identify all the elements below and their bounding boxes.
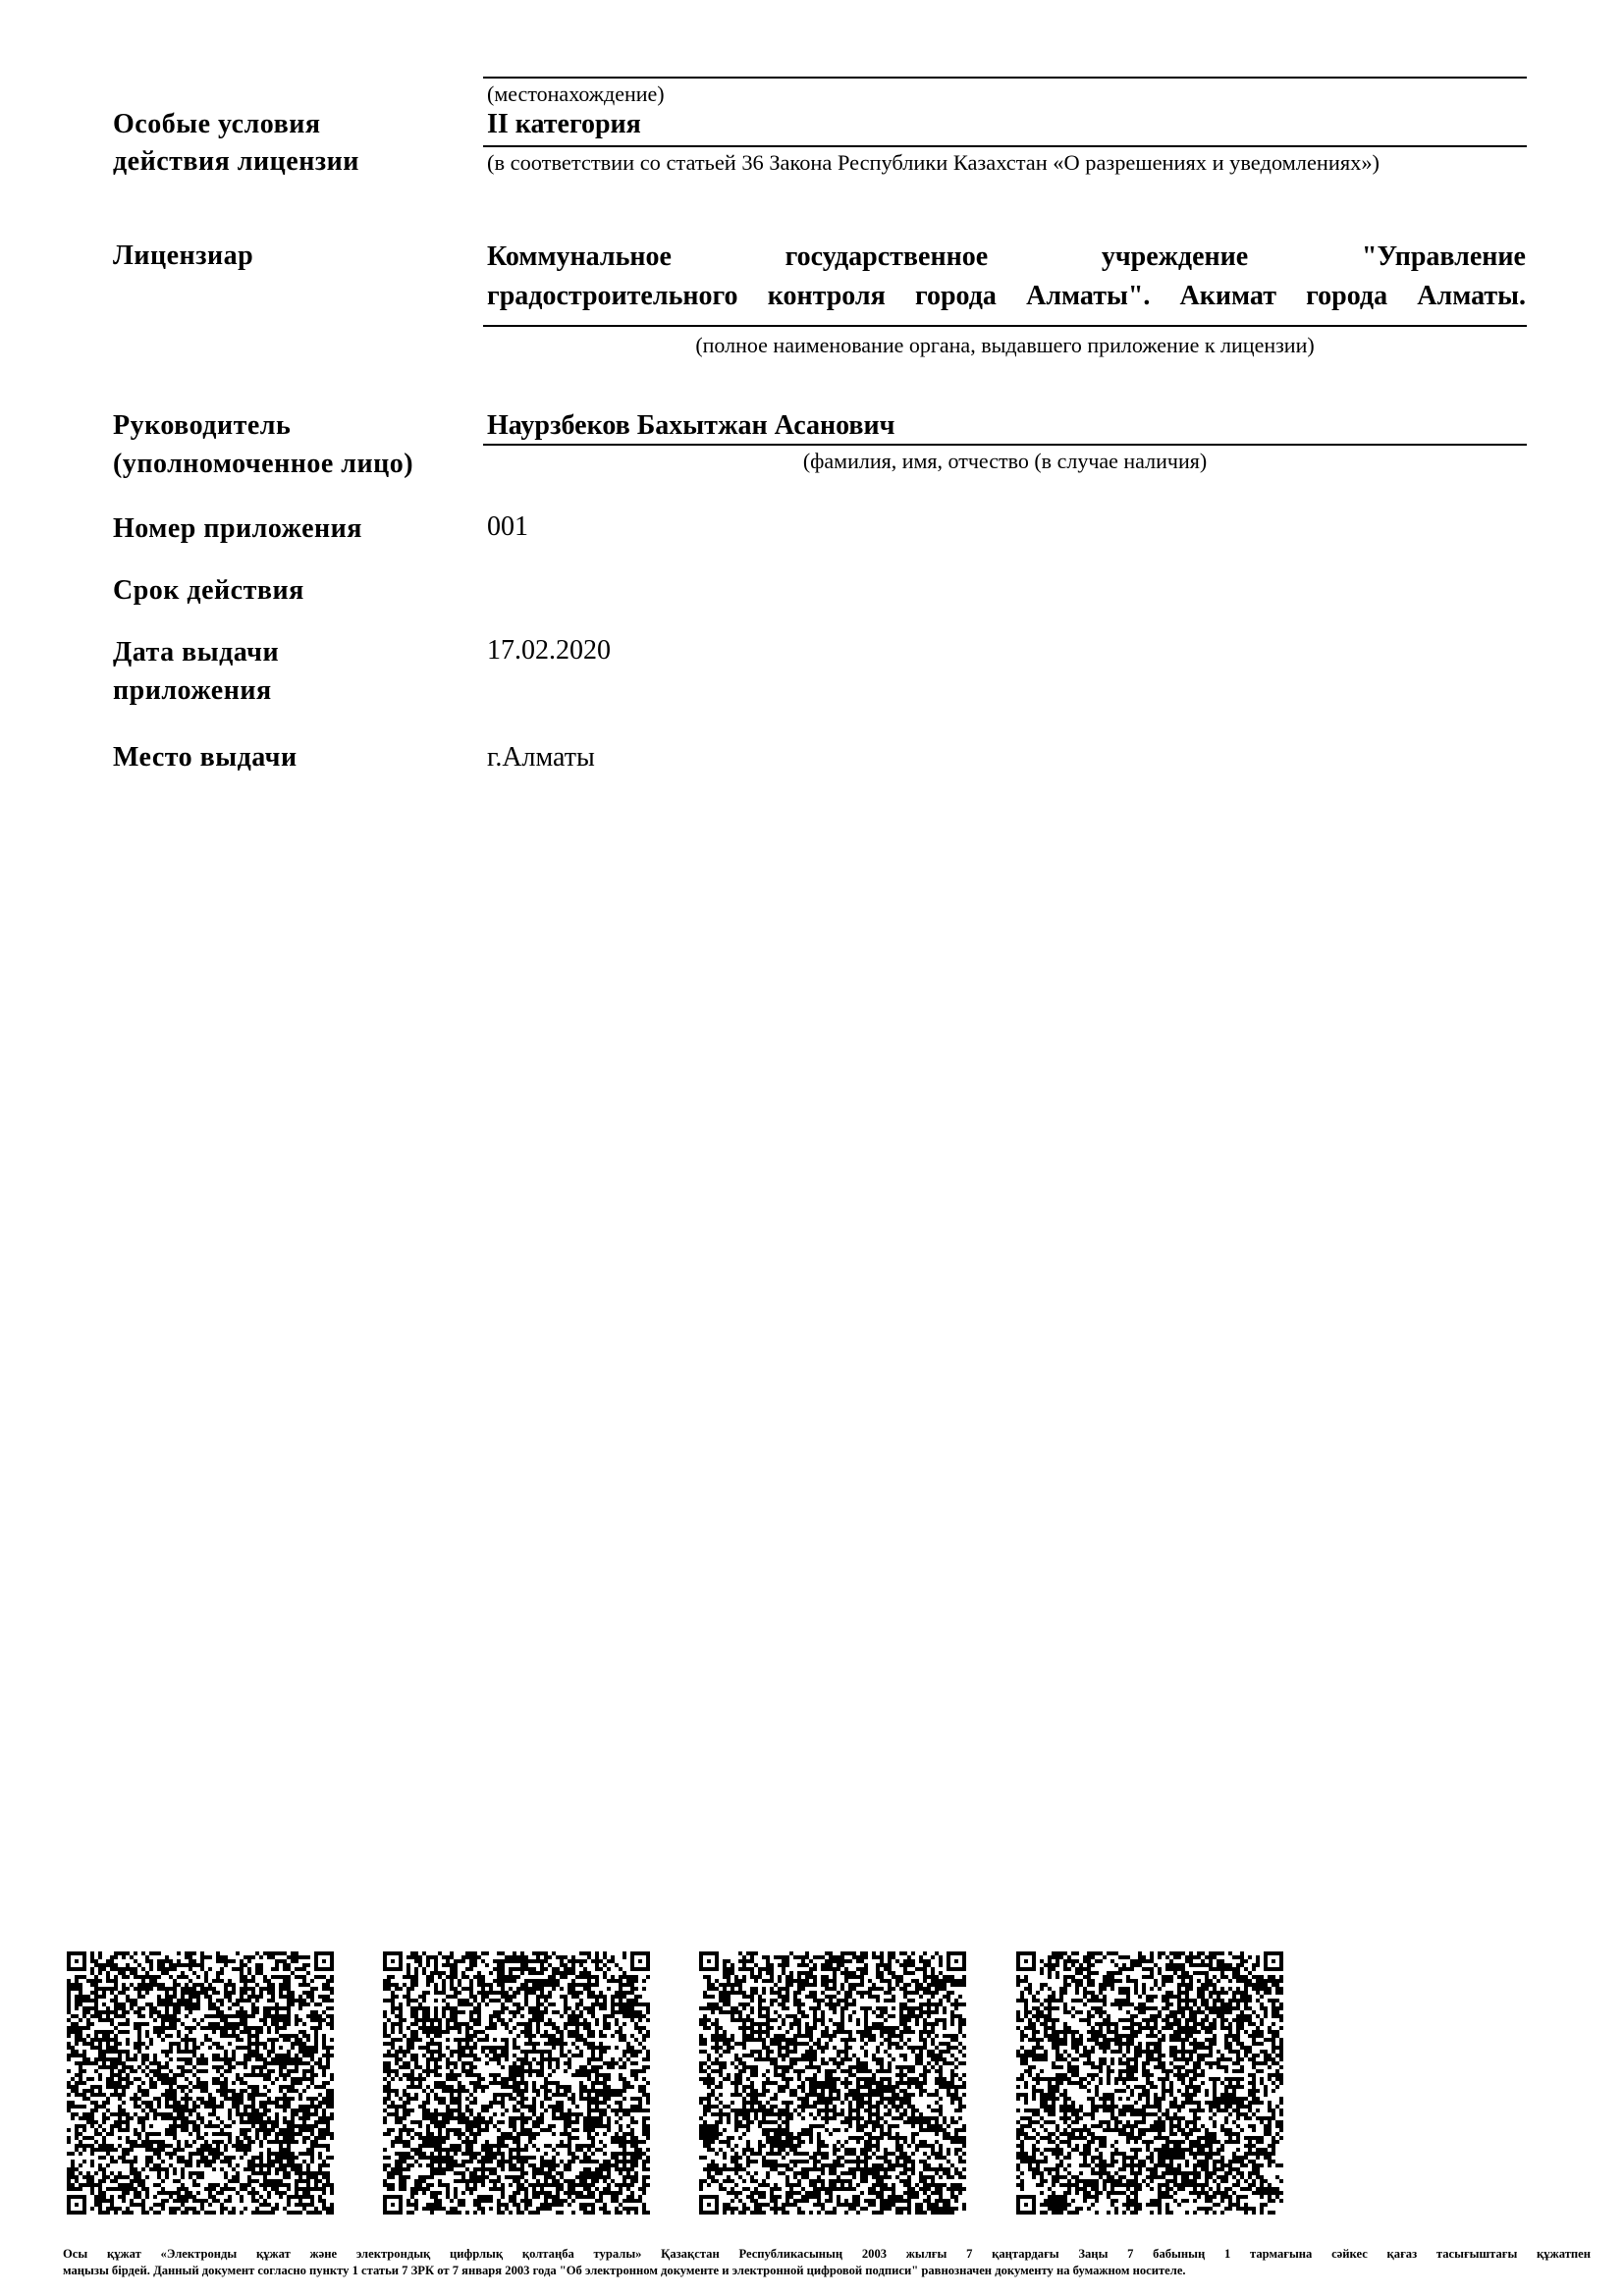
issue-date-label: Дата выдачи приложения xyxy=(113,634,279,710)
head-label: Руководитель (уполномоченное лицо) xyxy=(113,407,413,483)
legal-footer: Осы құжат «Электронды құжат және электро… xyxy=(63,2246,1591,2279)
issue-place-label: Место выдачи xyxy=(113,739,298,776)
special-conditions-label: Особые условия действия лицензии xyxy=(113,106,359,181)
issue-date-value: 17.02.2020 xyxy=(487,632,611,669)
legal-footer-ru: маңызы бірдей. Данный документ согласно … xyxy=(63,2263,1591,2279)
licensor-caption: (полное наименование органа, выдавшего п… xyxy=(483,332,1527,359)
location-caption: (местонахождение) xyxy=(487,80,665,108)
special-conditions-value: II категория xyxy=(487,106,641,143)
licensor-value: Коммунальное государственное учреждение … xyxy=(487,238,1526,316)
special-conditions-underline xyxy=(483,145,1527,147)
qr-code-1 xyxy=(67,1951,334,2215)
qr-code-3 xyxy=(699,1951,966,2215)
special-conditions-caption: (в соответствии со статьей 36 Закона Рес… xyxy=(487,149,1380,177)
head-value: Наурзбеков Бахытжан Асанович xyxy=(487,407,894,445)
qr-code-2 xyxy=(383,1951,650,2215)
head-caption: (фамилия, имя, отчество (в случае наличи… xyxy=(483,448,1527,475)
legal-footer-kz: Осы құжат «Электронды құжат және электро… xyxy=(63,2246,1591,2263)
head-underline xyxy=(483,444,1527,446)
licensor-underline xyxy=(483,325,1527,327)
licensor-label: Лицензиар xyxy=(113,238,253,275)
appendix-number-label: Номер приложения xyxy=(113,510,362,548)
location-underline xyxy=(483,77,1527,79)
qr-code-4 xyxy=(1016,1951,1283,2215)
appendix-number-value: 001 xyxy=(487,508,528,546)
validity-label: Срок действия xyxy=(113,572,304,610)
issue-place-value: г.Алматы xyxy=(487,739,595,776)
